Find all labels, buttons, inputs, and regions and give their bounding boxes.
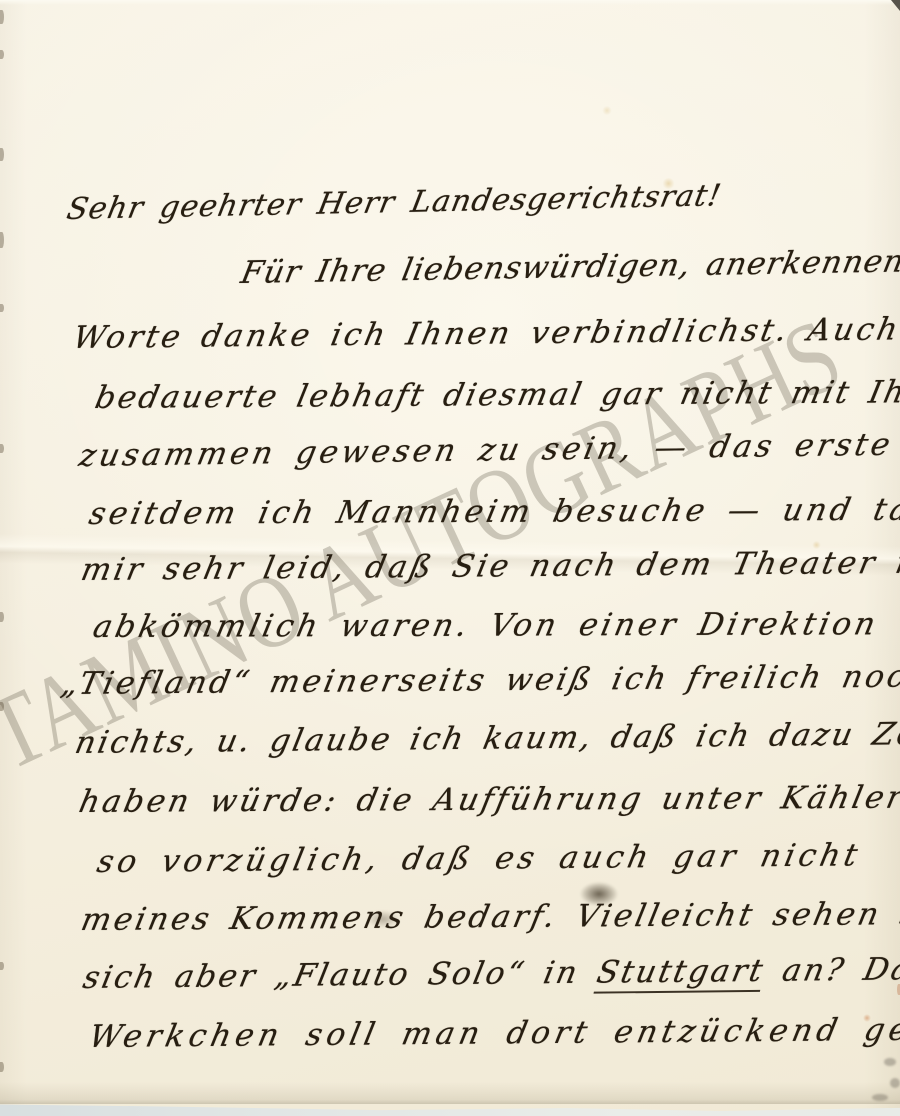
handwriting-line: so vorzüglich, daß es auch gar nicht (94, 837, 864, 880)
handwriting-line: „Tiefland“ meinerseits weiß ich freilich… (58, 658, 900, 702)
paper-edge-nick (0, 612, 4, 622)
handwriting-line: Werkchen soll man dort entzückend geben. (86, 1011, 900, 1055)
paper-edge-nick (0, 1062, 4, 1072)
handwriting-line: abkömmlich waren. Von einer Direktion vo… (90, 606, 900, 645)
paper-edge-nick (0, 148, 4, 161)
scanned-letter-page: TAMINO AUTOGRAPHS Sehr geehrter Herr Lan… (0, 0, 900, 1116)
handwriting-segment: sich aber „Flauto Solo“ in (80, 955, 601, 996)
handwriting-line: sich aber „Flauto Solo“ in Stuttgart an?… (80, 951, 900, 996)
handwriting-segment: an? Das (761, 951, 900, 989)
handwriting-line: haben würde: die Aufführung unter Kähler… (76, 779, 900, 820)
foxing-spot (602, 106, 612, 115)
paper-edge-nick (0, 232, 4, 248)
scanner-background-strip (0, 1102, 900, 1116)
handwriting-line: Für Ihre liebenswürdigen, anerkennenden (238, 242, 900, 291)
handwriting-line: zusammen gewesen zu sein, — das erste Ma… (76, 425, 900, 474)
handwriting-line: nichts, u. glaube ich kaum, daß ich dazu… (72, 716, 900, 761)
underlined-word-stuttgart: Stuttgart (593, 953, 768, 994)
handwriting-line: Sehr geehrter Herr Landesgerichtsrat! (64, 178, 724, 227)
paper-edge-nick (0, 444, 4, 453)
handwriting-line: meines Kommens bedarf. Vielleicht sehen … (78, 896, 900, 938)
paper-edge-nick (0, 304, 4, 312)
ink-smudge (366, 910, 400, 928)
handwriting-line: seitdem ich Mannheim besuche — und tat e… (86, 491, 900, 532)
paper-top-edge (0, 0, 900, 5)
paper-bottom-edge-shadow (0, 1082, 900, 1104)
paper-edge-tear (884, 1058, 896, 1066)
handwriting-line: bedauerte lebhaft diesmal gar nicht mit … (92, 374, 900, 416)
ink-smudge (580, 882, 618, 906)
paper-edge-nick (0, 10, 4, 24)
paper-edge-nick (0, 962, 4, 970)
paper-edge-nick (0, 50, 4, 59)
handwriting-line: mir sehr leid, daß Sie nach dem Theater … (78, 544, 900, 588)
paper-edge-nick (0, 702, 4, 711)
